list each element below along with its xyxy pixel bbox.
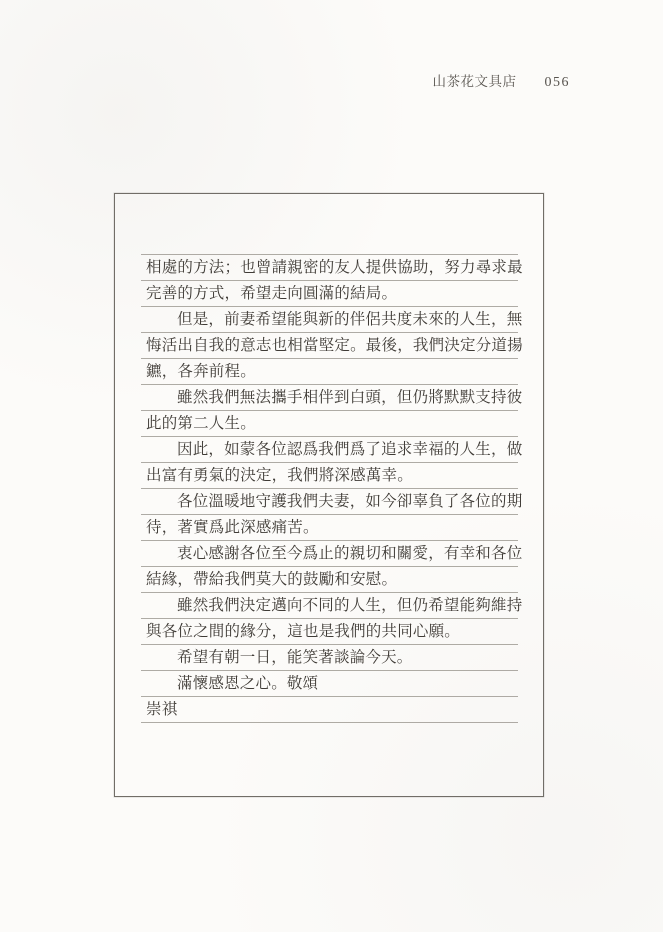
letter-line-text: 雖然我們決定邁向不同的人生，但仍希望能夠維持 — [177, 598, 522, 614]
letter-line-text: 衷心感謝各位至今爲止的親切和關愛，有幸和各位 — [177, 546, 522, 562]
letter-line: 但是，前妻希望能與新的伴侶共度未來的人生，無 — [141, 307, 518, 333]
letter-line-text: 雖然我們無法攜手相伴到白頭，但仍將默默支持彼 — [177, 390, 522, 406]
letter-line: 鑣，各奔前程。 — [141, 359, 518, 385]
letter-line: 滿懷感恩之心。敬頌 — [141, 671, 518, 697]
letter-line-text: 待，著實爲此深感痛苦。 — [146, 520, 319, 536]
page-header: 山茶花文具店 056 — [433, 70, 571, 91]
letter-line: 因此，如蒙各位認爲我們爲了追求幸福的人生，做 — [141, 437, 518, 463]
letter-line-text: 但是，前妻希望能與新的伴侶共度未來的人生，無 — [177, 312, 522, 328]
letter-lines: 相處的方法；也曾請親密的友人提供協助，努力尋求最完善的方式，希望走向圓滿的結局。… — [141, 254, 518, 723]
letter-line: 雖然我們無法攜手相伴到白頭，但仍將默默支持彼 — [141, 385, 518, 411]
letter-line: 各位溫暖地守護我們夫妻，如今卻辜負了各位的期 — [141, 489, 518, 515]
letter-line: 崇祺 — [141, 697, 518, 723]
book-title: 山茶花文具店 — [433, 70, 517, 90]
letter-line: 完善的方式，希望走向圓滿的結局。 — [141, 281, 518, 307]
letter-line-text: 滿懷感恩之心。敬頌 — [177, 676, 318, 692]
letter-line-text: 希望有朝一日，能笑著談論今天。 — [177, 650, 413, 666]
book-page: 山茶花文具店 056 相處的方法；也曾請親密的友人提供協助，努力尋求最完善的方式… — [0, 0, 663, 932]
letter-line-text: 結緣，帶給我們莫大的鼓勵和安慰。 — [146, 572, 397, 588]
letter-line: 雖然我們決定邁向不同的人生，但仍希望能夠維持 — [141, 593, 518, 619]
letter-line: 待，著實爲此深感痛苦。 — [141, 515, 518, 541]
letter-line-text: 出富有勇氣的決定，我們將深感萬幸。 — [146, 468, 413, 484]
page-number: 056 — [545, 75, 571, 91]
letter-paper: 相處的方法；也曾請親密的友人提供協助，努力尋求最完善的方式，希望走向圓滿的結局。… — [114, 193, 544, 797]
letter-line-text: 因此，如蒙各位認爲我們爲了追求幸福的人生，做 — [177, 442, 522, 458]
letter-line-text: 與各位之間的緣分，這也是我們的共同心願。 — [146, 624, 460, 640]
letter-line: 希望有朝一日，能笑著談論今天。 — [141, 645, 518, 671]
letter-line-text: 悔活出自我的意志也相當堅定。最後，我們決定分道揚 — [146, 338, 523, 354]
letter-line: 結緣，帶給我們莫大的鼓勵和安慰。 — [141, 567, 518, 593]
letter-line: 與各位之間的緣分，這也是我們的共同心願。 — [141, 619, 518, 645]
letter-line: 相處的方法；也曾請親密的友人提供協助，努力尋求最 — [141, 255, 518, 281]
letter-line-text: 各位溫暖地守護我們夫妻，如今卻辜負了各位的期 — [177, 494, 522, 510]
letter-line: 此的第二人生。 — [141, 411, 518, 437]
letter-line-text: 相處的方法；也曾請親密的友人提供協助，努力尋求最 — [146, 260, 523, 276]
letter-line: 衷心感謝各位至今爲止的親切和關愛，有幸和各位 — [141, 541, 518, 567]
letter-line: 出富有勇氣的決定，我們將深感萬幸。 — [141, 463, 518, 489]
letter-line-text: 崇祺 — [146, 702, 177, 718]
letter-line-text: 此的第二人生。 — [146, 416, 256, 432]
letter-line: 悔活出自我的意志也相當堅定。最後，我們決定分道揚 — [141, 333, 518, 359]
letter-line-text: 鑣，各奔前程。 — [146, 364, 256, 380]
letter-line-text: 完善的方式，希望走向圓滿的結局。 — [146, 286, 397, 302]
